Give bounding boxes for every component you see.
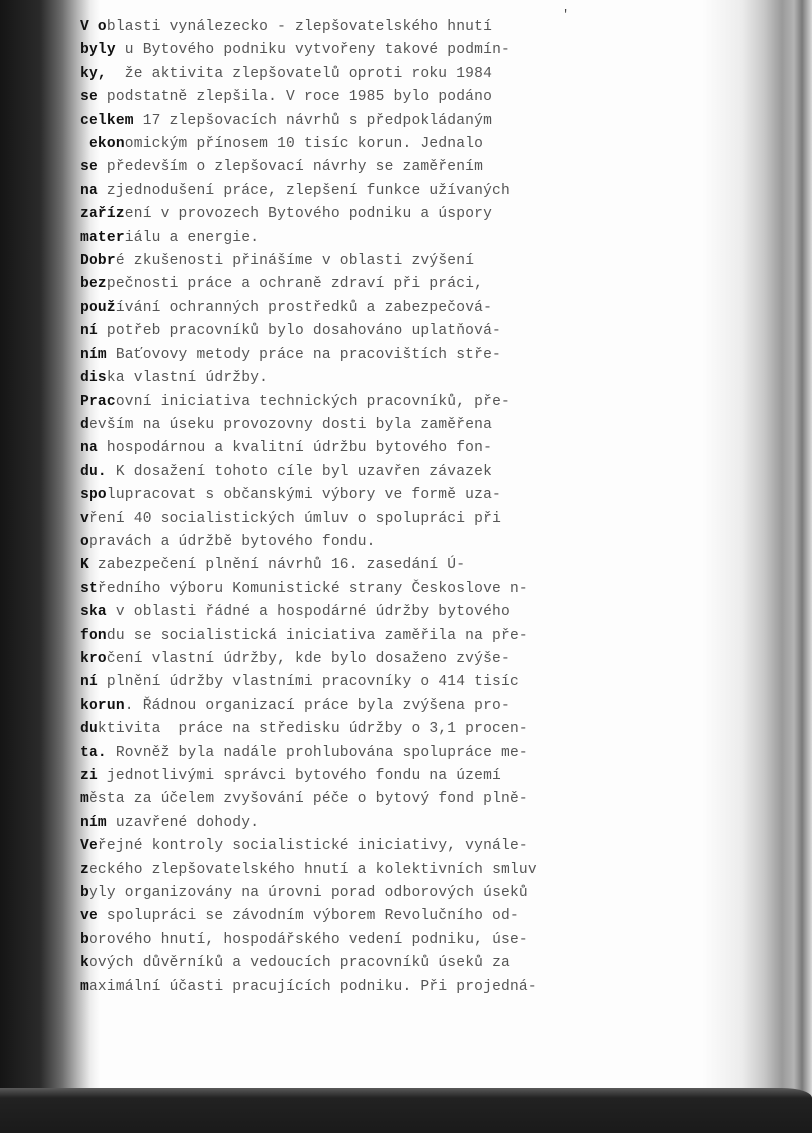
line-text: ředního výboru Komunistické strany Česko… <box>98 581 528 597</box>
line-lead: ní <box>80 674 98 690</box>
text-line: vření 40 socialistických úmluv o spolupr… <box>80 508 600 531</box>
line-text: čení vlastní údržby, kde bylo dosaženo z… <box>107 651 510 667</box>
line-text: é zkušenosti přinášíme v oblasti zvýšení <box>116 253 474 269</box>
line-text: Baťovovy metody práce na pracovištích st… <box>107 347 501 363</box>
line-lead: zaříz <box>80 206 125 222</box>
line-text: zabezpečení plnění návrhů 16. zasedání Ú… <box>89 557 465 573</box>
line-text: plnění údržby vlastními pracovníky o 414… <box>98 674 519 690</box>
text-line: Dobré zkušenosti přinášíme v oblasti zvý… <box>80 250 600 273</box>
line-text: řejné kontroly socialistické iniciativy,… <box>98 838 528 854</box>
text-line: na hospodárnou a kvalitní údržbu bytovéh… <box>80 437 600 460</box>
text-line: diska vlastní údržby. <box>80 367 600 390</box>
line-lead: ta. <box>80 745 107 761</box>
text-line: kových důvěrníků a vedoucích pracovníků … <box>80 952 600 975</box>
right-edge-shadow <box>702 0 812 1133</box>
line-lead: kro <box>80 651 107 667</box>
line-lead: b <box>80 932 89 948</box>
line-lead: ním <box>80 815 107 831</box>
text-line: duktivita práce na středisku údržby o 3,… <box>80 718 600 741</box>
line-text: jednotlivými správci bytového fondu na ú… <box>98 768 501 784</box>
line-lead: z <box>80 862 89 878</box>
line-text: ka vlastní údržby. <box>107 370 268 386</box>
line-text: eckého zlepšovatelského hnutí a kolektiv… <box>89 862 537 878</box>
line-lead: spo <box>80 487 107 503</box>
text-line: ekonomickým přínosem 10 tisíc korun. Jed… <box>80 133 600 156</box>
line-lead: použ <box>80 300 116 316</box>
line-text: zjednodušení práce, zlepšení funkce užív… <box>98 183 510 199</box>
text-line: byly organizovány na úrovni porad odboro… <box>80 882 600 905</box>
line-text: lupracovat s občanskými výbory ve formě … <box>107 487 501 503</box>
text-line: ta. Rovněž byla nadále prohlubována spol… <box>80 742 600 765</box>
line-lead: Prac <box>80 394 116 410</box>
line-lead: ním <box>80 347 107 363</box>
text-line: Veřejné kontroly socialistické iniciativ… <box>80 835 600 858</box>
text-line: ním uzavřené dohody. <box>80 812 600 835</box>
line-text: v oblasti řádné a hospodárné údržby byto… <box>107 604 510 620</box>
text-line: ky, že aktivita zlepšovatelů oproti roku… <box>80 63 600 86</box>
line-text: pravách a údržbě bytového fondu. <box>89 534 376 550</box>
line-text: evším na úseku provozovny dosti byla zam… <box>89 417 492 433</box>
text-line: bezpečnosti práce a ochraně zdraví při p… <box>80 273 600 296</box>
line-text: pečnosti práce a ochraně zdraví při prác… <box>107 276 483 292</box>
text-line: se především o zlepšovací návrhy se zamě… <box>80 156 600 179</box>
line-text: ěsta za účelem zvyšování péče o bytový f… <box>89 791 528 807</box>
line-lead: ekon <box>80 136 125 152</box>
line-text: ívání ochranných prostředků a zabezpečov… <box>116 300 492 316</box>
text-line: kročení vlastní údržby, kde bylo dosažen… <box>80 648 600 671</box>
text-line: du. K dosažení tohoto cíle byl uzavřen z… <box>80 461 600 484</box>
text-line: spolupracovat s občanskými výbory ve for… <box>80 484 600 507</box>
text-line: středního výboru Komunistické strany Čes… <box>80 578 600 601</box>
line-lead: Dobr <box>80 253 116 269</box>
line-lead: mater <box>80 230 125 246</box>
line-lead: ní <box>80 323 98 339</box>
line-text: K dosažení tohoto cíle byl uzavřen závaz… <box>107 464 492 480</box>
text-line: města za účelem zvyšování péče o bytový … <box>80 788 600 811</box>
text-line: maximální účasti pracujících podniku. Př… <box>80 976 600 999</box>
line-text: yly organizovány na úrovni porad odborov… <box>89 885 528 901</box>
line-text: aximální účasti pracujících podniku. Při… <box>89 979 537 995</box>
text-line: ním Baťovovy metody práce na pracovištíc… <box>80 344 600 367</box>
line-text: . Řádnou organizací práce byla zvýšena p… <box>125 698 510 714</box>
scanned-page: ' V oblasti vynálezecko - zlepšovatelské… <box>0 0 812 1133</box>
line-text: du se socialistická iniciativa zaměřila … <box>107 628 528 644</box>
text-line: celkem 17 zlepšovacích návrhů s předpokl… <box>80 110 600 133</box>
line-lead: k <box>80 955 89 971</box>
line-lead: K <box>80 557 89 573</box>
line-text: blasti vynálezecko - zlepšovatelského hn… <box>107 19 492 35</box>
line-lead: korun <box>80 698 125 714</box>
text-line: ní plnění údržby vlastními pracovníky o … <box>80 671 600 694</box>
text-line: ska v oblasti řádné a hospodárné údržby … <box>80 601 600 624</box>
line-lead: v <box>80 511 89 527</box>
line-lead: byly <box>80 42 116 58</box>
line-text: u Bytového podniku vytvořeny takové podm… <box>116 42 510 58</box>
line-lead: ska <box>80 604 107 620</box>
text-line: zeckého zlepšovatelského hnutí a kolekti… <box>80 859 600 882</box>
text-line: byly u Bytového podniku vytvořeny takové… <box>80 39 600 62</box>
line-lead: na <box>80 440 98 456</box>
line-lead: dis <box>80 370 107 386</box>
text-line: ní potřeb pracovníků bylo dosahováno upl… <box>80 320 600 343</box>
line-text: ktivita práce na středisku údržby o 3,1 … <box>98 721 528 737</box>
text-line: na zjednodušení práce, zlepšení funkce u… <box>80 180 600 203</box>
line-lead: st <box>80 581 98 597</box>
line-text: podstatně zlepšila. V roce 1985 bylo pod… <box>98 89 492 105</box>
line-text: ových důvěrníků a vedoucích pracovníků ú… <box>89 955 510 971</box>
line-text: orového hnutí, hospodářského vedení podn… <box>89 932 528 948</box>
line-text: hospodárnou a kvalitní údržbu bytového f… <box>98 440 492 456</box>
line-text: že aktivita zlepšovatelů oproti roku 198… <box>107 66 492 82</box>
line-lead: b <box>80 885 89 901</box>
line-lead: se <box>80 159 98 175</box>
line-lead: du. <box>80 464 107 480</box>
line-lead: m <box>80 979 89 995</box>
line-lead: o <box>80 534 89 550</box>
line-lead: se <box>80 89 98 105</box>
text-line: zi jednotlivými správci bytového fondu n… <box>80 765 600 788</box>
line-text: iálu a energie. <box>125 230 259 246</box>
line-lead: Ve <box>80 838 98 854</box>
typewritten-text: V oblasti vynálezecko - zlepšovatelského… <box>80 16 600 999</box>
line-lead: d <box>80 417 89 433</box>
text-line: Pracovní iniciativa technických pracovní… <box>80 391 600 414</box>
line-text: ření 40 socialistických úmluv o spoluprá… <box>89 511 501 527</box>
line-lead: ky, <box>80 66 107 82</box>
text-line: materiálu a energie. <box>80 227 600 250</box>
line-text: Rovněž byla nadále prohlubována spoluprá… <box>107 745 528 761</box>
text-line: ve spolupráci se závodním výborem Revolu… <box>80 905 600 928</box>
bottom-scan-shadow <box>0 1088 812 1133</box>
line-lead: du <box>80 721 98 737</box>
line-text: ení v provozech Bytového podniku a úspor… <box>125 206 492 222</box>
text-line: se podstatně zlepšila. V roce 1985 bylo … <box>80 86 600 109</box>
text-line: K zabezpečení plnění návrhů 16. zasedání… <box>80 554 600 577</box>
line-text: omickým přínosem 10 tisíc korun. Jednalo <box>125 136 483 152</box>
line-text: spolupráci se závodním výborem Revoluční… <box>98 908 519 924</box>
line-text: ovní iniciativa technických pracovníků, … <box>116 394 510 410</box>
line-text: především o zlepšovací návrhy se zaměřen… <box>98 159 483 175</box>
line-text: uzavřené dohody. <box>107 815 259 831</box>
text-line: korun. Řádnou organizací práce byla zvýš… <box>80 695 600 718</box>
text-line: V oblasti vynálezecko - zlepšovatelského… <box>80 16 600 39</box>
text-line: zařízení v provozech Bytového podniku a … <box>80 203 600 226</box>
line-lead: fon <box>80 628 107 644</box>
line-lead: celkem <box>80 113 134 129</box>
line-lead: V o <box>80 19 107 35</box>
line-text: potřeb pracovníků bylo dosahováno uplatň… <box>98 323 501 339</box>
line-lead: ve <box>80 908 98 924</box>
text-line: opravách a údržbě bytového fondu. <box>80 531 600 554</box>
text-line: borového hnutí, hospodářského vedení pod… <box>80 929 600 952</box>
line-lead: bez <box>80 276 107 292</box>
line-lead: na <box>80 183 98 199</box>
line-lead: m <box>80 791 89 807</box>
line-text: 17 zlepšovacích návrhů s předpokládaným <box>134 113 492 129</box>
text-line: používání ochranných prostředků a zabezp… <box>80 297 600 320</box>
text-line: fondu se socialistická iniciativa zaměři… <box>80 625 600 648</box>
text-line: devším na úseku provozovny dosti byla za… <box>80 414 600 437</box>
line-lead: zi <box>80 768 98 784</box>
